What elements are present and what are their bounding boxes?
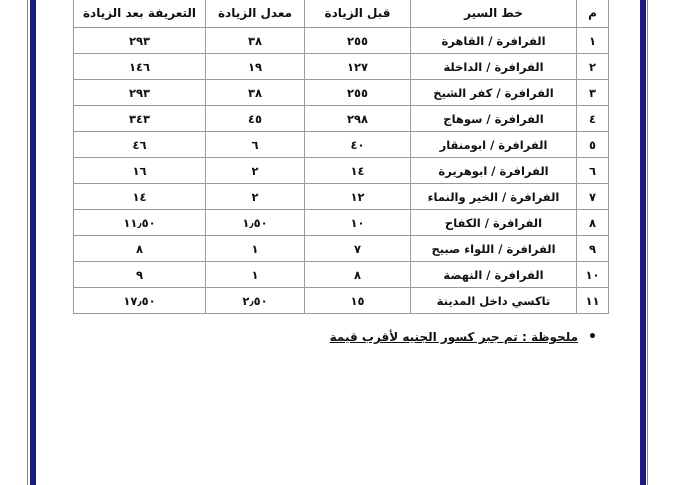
cell-rate: ٤٥ bbox=[206, 106, 305, 132]
cell-route: الفرافرة / الكفاح bbox=[411, 210, 577, 236]
cell-route: الفرافرة / سوهاج bbox=[411, 106, 577, 132]
cell-before: ٧ bbox=[305, 236, 411, 262]
cell-before: ٨ bbox=[305, 262, 411, 288]
cell-after: ٣٤٣ bbox=[74, 106, 206, 132]
table-row: ٨ الفرافرة / الكفاح ١٠ ١٫٥٠ ١١٫٥٠ bbox=[74, 210, 609, 236]
cell-rate: ٣٨ bbox=[206, 80, 305, 106]
cell-after: ٨ bbox=[74, 236, 206, 262]
cell-route: الفرافرة / كفر الشيخ bbox=[411, 80, 577, 106]
table-row: ١ الفرافرة / القاهرة ٢٥٥ ٣٨ ٢٩٣ bbox=[74, 28, 609, 54]
table-row: ١٠ الفرافرة / النهضة ٨ ١ ٩ bbox=[74, 262, 609, 288]
cell-after: ١٤٦ bbox=[74, 54, 206, 80]
cell-rate: ١ bbox=[206, 236, 305, 262]
cell-num: ١٠ bbox=[577, 262, 609, 288]
cell-num: ١ bbox=[577, 28, 609, 54]
cell-before: ١٤ bbox=[305, 158, 411, 184]
cell-after: ٩ bbox=[74, 262, 206, 288]
cell-after: ١٧٫٥٠ bbox=[74, 288, 206, 314]
table-row: ٧ الفرافرة / الخير والنماء ١٢ ٢ ١٤ bbox=[74, 184, 609, 210]
cell-after: ١٤ bbox=[74, 184, 206, 210]
header-increase-rate: معدل الزيادة bbox=[206, 0, 305, 28]
cell-after: ٤٦ bbox=[74, 132, 206, 158]
cell-num: ٢ bbox=[577, 54, 609, 80]
cell-num: ٩ bbox=[577, 236, 609, 262]
table-header-row: م خط السير قبل الزيادة معدل الزيادة التع… bbox=[74, 0, 609, 28]
header-fare-after-increase: التعريفة بعد الزيادة bbox=[74, 0, 206, 28]
cell-rate: ٢ bbox=[206, 184, 305, 210]
page-border-outer-right bbox=[647, 0, 648, 485]
cell-rate: ١٩ bbox=[206, 54, 305, 80]
cell-route: الفرافرة / الداخلة bbox=[411, 54, 577, 80]
cell-num: ٨ bbox=[577, 210, 609, 236]
cell-after: ١٦ bbox=[74, 158, 206, 184]
cell-after: ٢٩٣ bbox=[74, 28, 206, 54]
table-row: ٦ الفرافرة / ابوهريرة ١٤ ٢ ١٦ bbox=[74, 158, 609, 184]
cell-num: ١١ bbox=[577, 288, 609, 314]
bullet-icon: • bbox=[588, 330, 597, 344]
cell-before: ١٠ bbox=[305, 210, 411, 236]
page-border-left bbox=[30, 0, 36, 485]
cell-after: ٢٩٣ bbox=[74, 80, 206, 106]
note-text: ملحوظة : تم جبر كسور الجنيه لأقرب قيمة bbox=[330, 330, 578, 344]
table-row: ١١ تاكسي داخل المدينة ١٥ ٢٫٥٠ ١٧٫٥٠ bbox=[74, 288, 609, 314]
cell-rate: ٢٫٥٠ bbox=[206, 288, 305, 314]
rounding-note: • ملحوظة : تم جبر كسور الجنيه لأقرب قيمة bbox=[330, 330, 597, 344]
cell-num: ٧ bbox=[577, 184, 609, 210]
cell-after: ١١٫٥٠ bbox=[74, 210, 206, 236]
cell-before: ٢٥٥ bbox=[305, 80, 411, 106]
cell-before: ٢٩٨ bbox=[305, 106, 411, 132]
header-before-increase: قبل الزيادة bbox=[305, 0, 411, 28]
cell-rate: ٦ bbox=[206, 132, 305, 158]
table-row: ٤ الفرافرة / سوهاج ٢٩٨ ٤٥ ٣٤٣ bbox=[74, 106, 609, 132]
cell-rate: ١٫٥٠ bbox=[206, 210, 305, 236]
cell-before: ٤٠ bbox=[305, 132, 411, 158]
cell-rate: ١ bbox=[206, 262, 305, 288]
table-row: ٢ الفرافرة / الداخلة ١٢٧ ١٩ ١٤٦ bbox=[74, 54, 609, 80]
cell-route: الفرافرة / القاهرة bbox=[411, 28, 577, 54]
table-row: ٩ الفرافرة / اللواء صبيح ٧ ١ ٨ bbox=[74, 236, 609, 262]
cell-before: ١٢٧ bbox=[305, 54, 411, 80]
cell-route: الفرافرة / النهضة bbox=[411, 262, 577, 288]
cell-rate: ٢ bbox=[206, 158, 305, 184]
page-border-outer-left bbox=[27, 0, 28, 485]
cell-before: ١٥ bbox=[305, 288, 411, 314]
cell-num: ٤ bbox=[577, 106, 609, 132]
cell-num: ٦ bbox=[577, 158, 609, 184]
cell-route: الفرافرة / ابوهريرة bbox=[411, 158, 577, 184]
cell-route: الفرافرة / الخير والنماء bbox=[411, 184, 577, 210]
cell-num: ٥ bbox=[577, 132, 609, 158]
table-row: ٥ الفرافرة / ابومنقار ٤٠ ٦ ٤٦ bbox=[74, 132, 609, 158]
page-border-right bbox=[640, 0, 646, 485]
cell-rate: ٣٨ bbox=[206, 28, 305, 54]
cell-before: ٢٥٥ bbox=[305, 28, 411, 54]
cell-route: تاكسي داخل المدينة bbox=[411, 288, 577, 314]
header-num: م bbox=[577, 0, 609, 28]
table-row: ٣ الفرافرة / كفر الشيخ ٢٥٥ ٣٨ ٢٩٣ bbox=[74, 80, 609, 106]
cell-before: ١٢ bbox=[305, 184, 411, 210]
cell-num: ٣ bbox=[577, 80, 609, 106]
cell-route: الفرافرة / ابومنقار bbox=[411, 132, 577, 158]
header-route: خط السير bbox=[411, 0, 577, 28]
fare-table: م خط السير قبل الزيادة معدل الزيادة التع… bbox=[73, 0, 609, 314]
cell-route: الفرافرة / اللواء صبيح bbox=[411, 236, 577, 262]
